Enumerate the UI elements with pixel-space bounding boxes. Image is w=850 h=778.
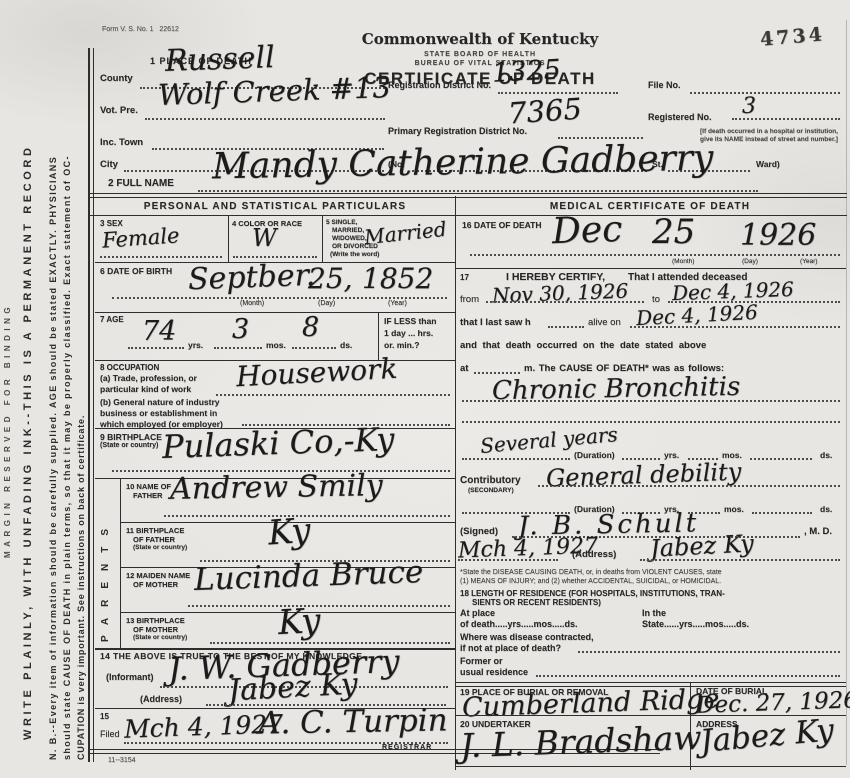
contracted-label-1: Where was disease contracted,	[460, 632, 594, 642]
duration1-line-c	[750, 458, 812, 460]
date-of-death-label: 16 DATE OF DEATH	[462, 220, 542, 230]
form-number: Form V. S. No. 1 22612	[102, 26, 179, 33]
cause-line-1	[462, 400, 840, 402]
secondary-label: (SECONDARY)	[468, 487, 514, 494]
county-label: County	[100, 73, 133, 84]
contracted-label-2: if not at place of death?	[460, 643, 561, 653]
registration-district-value: 1325	[491, 54, 561, 89]
mother-birthplace-label-2: OF MOTHER	[133, 625, 178, 634]
attended-from-value: Nov 30, 1926	[492, 279, 629, 308]
father-birthplace-label-3: (State or country)	[133, 544, 187, 551]
mother-birthplace-value: Ky	[277, 601, 321, 643]
titles-underline	[88, 215, 847, 216]
last-saw-label: that I last saw h	[460, 317, 531, 328]
hospital-note: [If death occurred in a hospital or inst…	[700, 128, 842, 145]
plate-number: 11--3154	[108, 757, 136, 764]
birthplace-label: 9 BIRTHPLACE	[100, 432, 162, 442]
marital-label-2: MARRIED,	[332, 227, 364, 234]
form-right-edge	[846, 20, 847, 765]
header-board: STATE BOARD OF HEALTH	[340, 51, 620, 58]
form-left-border-inner	[93, 48, 94, 762]
vot-pre-line	[145, 118, 385, 120]
marital-label-1: 5 SINGLE,	[326, 219, 357, 226]
marital-value: Married	[363, 217, 448, 249]
informant-address-value: Jabez Ky	[227, 667, 358, 709]
date-of-death-month: Dec	[551, 209, 623, 252]
duration1-lead-line	[462, 458, 570, 460]
death-certificate-scan: MARGIN RESERVED FOR BINDING WRITE PLAINL…	[0, 0, 850, 778]
occupation-b-label-2: business or establishment in	[100, 408, 217, 418]
form-left-border-outer	[88, 48, 90, 762]
age-days-line	[292, 347, 336, 349]
sex-color-divider	[228, 216, 229, 262]
undertaker-value: J. L. Bradshaw	[459, 718, 702, 765]
date-of-death-day: 25	[652, 212, 695, 252]
if-less-label-3: or. min.?	[384, 340, 419, 350]
signed-address-line	[640, 559, 840, 561]
if-less-label-1: IF LESS than	[384, 316, 436, 326]
primary-district-label: Primary Registration District No.	[388, 126, 527, 136]
dob-year-value: 1852	[362, 262, 433, 295]
from-line	[486, 301, 644, 303]
age-months-value: 3	[232, 314, 249, 345]
duration1-yrs-label: yrs.	[664, 450, 679, 460]
mother-birthplace-label-3: (State or country)	[133, 634, 187, 641]
residence-heading-1: 18 LENGTH OF RESIDENCE (FOR HOSPITALS, I…	[460, 589, 725, 598]
stamp-number: 4734	[759, 23, 826, 51]
father-name-label-1: 10 NAME OF	[126, 482, 171, 491]
residence-heading-2: SIENTS OR RECENT RESIDENTS)	[472, 598, 601, 607]
father-birthplace-label-1: 11 BIRTHPLACE	[126, 526, 184, 535]
footnote-line-2: (1) MEANS OF INJURY; and (2) whether ACC…	[460, 578, 721, 585]
age-days-value: 8	[302, 312, 319, 343]
death-occurred-label: and that death occurred on the date stat…	[460, 340, 706, 351]
vot-pre-value: Wolf Creek #13	[157, 70, 391, 112]
footnote-line-1: *State the DISEASE CAUSING DEATH, or, in…	[460, 569, 722, 576]
from-label: from	[460, 294, 479, 305]
margin-binding-note: MARGIN RESERVED FOR BINDING	[3, 303, 12, 558]
contributory-value: General debility	[546, 458, 742, 493]
duration1-label: (Duration)	[574, 450, 615, 460]
sex-line	[100, 256, 222, 258]
margin-nb-line1: N. B.--Every item of information should …	[48, 156, 58, 760]
age-years-line	[128, 347, 184, 349]
county-value: Russell	[164, 40, 275, 79]
at-place-label: At place	[460, 608, 495, 618]
if-less-label-2: 1 day ... hrs.	[384, 328, 433, 338]
vot-pre-label: Vot. Pre.	[100, 105, 138, 116]
medical-section-title: MEDICAL CERTIFICATE OF DEATH	[455, 201, 845, 212]
sex-value: Female	[101, 223, 180, 252]
father-birthplace-label-2: OF FATHER	[133, 535, 175, 544]
occupation-a-value: Housework	[235, 352, 398, 393]
age-mos-label: mos.	[266, 340, 286, 350]
signed-label: (Signed)	[460, 526, 498, 537]
file-no-line	[690, 92, 840, 94]
occupation-a-line	[216, 394, 450, 396]
duration2-ds-label: ds.	[820, 504, 832, 514]
dob-day-label: (Day)	[318, 300, 335, 307]
informant-address-label: (Address)	[140, 694, 182, 704]
cause-line-2	[462, 421, 840, 423]
dob-month-label: (Month)	[240, 300, 264, 307]
age-yrs-label: yrs.	[188, 340, 203, 350]
dod-day-label: (Day)	[742, 258, 758, 265]
contracted-line	[578, 651, 840, 653]
color-marital-divider	[322, 216, 323, 262]
birthplace-value: Pulaski Co,-Ky	[161, 420, 395, 466]
signed-address-value: Jabez Ky	[649, 529, 754, 562]
row-line-2	[95, 312, 455, 313]
undertaker-underline	[455, 766, 690, 767]
full-name-value: Mandy Catherine Gadberry	[212, 138, 714, 188]
occupation-a-label-1: (a) Trade, profession, or	[100, 373, 197, 383]
dob-label: 6 DATE OF BIRTH	[100, 266, 172, 276]
full-name-line	[198, 190, 758, 192]
father-name-label-2: FATHER	[133, 491, 162, 500]
birthplace-sublabel: (State or country)	[100, 442, 158, 449]
mother-name-label-1: 12 MAIDEN NAME	[126, 571, 190, 580]
occupation-label: 8 OCCUPATION	[100, 363, 159, 372]
informant-label: (Informant)	[106, 672, 154, 682]
dob-day-value: 25,	[308, 262, 353, 295]
dob-year-label: (Year)	[388, 300, 407, 307]
dob-line	[112, 297, 447, 299]
contributory-label: Contributory	[460, 475, 521, 486]
header-bureau: BUREAU OF VITAL STATISTICS	[340, 60, 620, 67]
occupation-a-label-2: particular kind of work	[100, 384, 191, 394]
duration2-line-c	[752, 512, 812, 514]
mother-birthplace-label-1: 13 BIRTHPLACE	[126, 616, 185, 625]
alive-on-label: alive on	[588, 317, 621, 328]
age-ds-label: ds.	[340, 340, 352, 350]
registered-no-line	[732, 118, 840, 120]
former-label-2: usual residence	[460, 667, 528, 677]
date-of-death-year: 1926	[740, 218, 816, 253]
to-label: to	[652, 294, 660, 305]
former-line	[536, 675, 840, 677]
residence-state-line: State......yrs.....mos.....ds.	[642, 619, 749, 629]
file-no-label: File No.	[648, 80, 681, 90]
date-of-death-line	[470, 254, 840, 256]
duration1-ds-label: ds.	[820, 450, 832, 460]
parents-strip-divider	[120, 478, 121, 648]
father-birthplace-value: Ky	[267, 511, 312, 554]
burial-underline	[455, 715, 690, 716]
ward-label: Ward)	[756, 159, 780, 169]
filed-label: Filed	[100, 729, 120, 739]
parents-label: PARENTS	[100, 518, 111, 642]
filed-number: 15	[100, 712, 109, 721]
color-value: W	[252, 224, 277, 252]
header-commonwealth: Commonwealth of Kentucky	[340, 30, 620, 48]
occupation-b-label-1: (b) General nature of industry	[100, 397, 220, 407]
undertaker-address-underline	[690, 766, 846, 767]
header-separator-rule	[88, 193, 847, 198]
signed-date-line	[458, 559, 558, 561]
age-years-value: 74	[142, 316, 176, 347]
full-name-label: 2 FULL NAME	[108, 178, 174, 189]
md-label: , M. D.	[804, 526, 832, 537]
dod-year-label: (Year)	[800, 258, 817, 265]
at-line	[474, 372, 520, 374]
at-label: at	[460, 363, 468, 374]
dob-month-value: Septber.	[187, 258, 315, 297]
margin-nb-line3: CUPATION is very important. See instruct…	[76, 415, 86, 760]
in-the-label: In the	[642, 608, 666, 618]
registered-no-value: 3	[742, 94, 756, 119]
age-label: 7 AGE	[100, 315, 124, 324]
registered-no-label: Registered No.	[648, 112, 712, 122]
contributory-line	[538, 485, 840, 487]
signed-address-label: (Address)	[572, 549, 616, 560]
mother-name-value: Lucinda Bruce	[193, 554, 423, 598]
primary-district-value: 7365	[507, 91, 583, 130]
registrar-signature: A. C. Turpin	[258, 702, 448, 741]
dod-month-label: (Month)	[672, 258, 694, 265]
age-months-line	[214, 347, 262, 349]
father-name-value: Andrew Smily	[170, 468, 383, 507]
last-saw-gap-line	[548, 326, 584, 328]
inc-town-label: Inc. Town	[100, 137, 143, 148]
marital-label-3: WIDOWED,	[332, 235, 367, 242]
registration-district-label: Registration District No.	[388, 80, 491, 90]
last-saw-line	[630, 326, 840, 328]
certify-number: 17	[460, 273, 469, 282]
margin-write-plainly-note: WRITE PLAINLY, WITH UNFADING INK--THIS I…	[22, 145, 34, 741]
personal-section-title: PERSONAL AND STATISTICAL PARTICULARS	[95, 201, 455, 212]
dod-row-line	[455, 268, 846, 269]
margin-nb-line2: should state CAUSE OF DEATH in plain ter…	[62, 155, 72, 760]
residence-place-line: of death.....yrs.....mos.....ds.	[460, 619, 578, 629]
city-label: City	[100, 159, 118, 170]
duration2-mos-label: mos.	[724, 504, 744, 514]
mother-name-label-2: OF MOTHER	[133, 580, 178, 589]
marital-label-5: (Write the word)	[330, 251, 379, 258]
former-label-1: Former or	[460, 656, 503, 666]
